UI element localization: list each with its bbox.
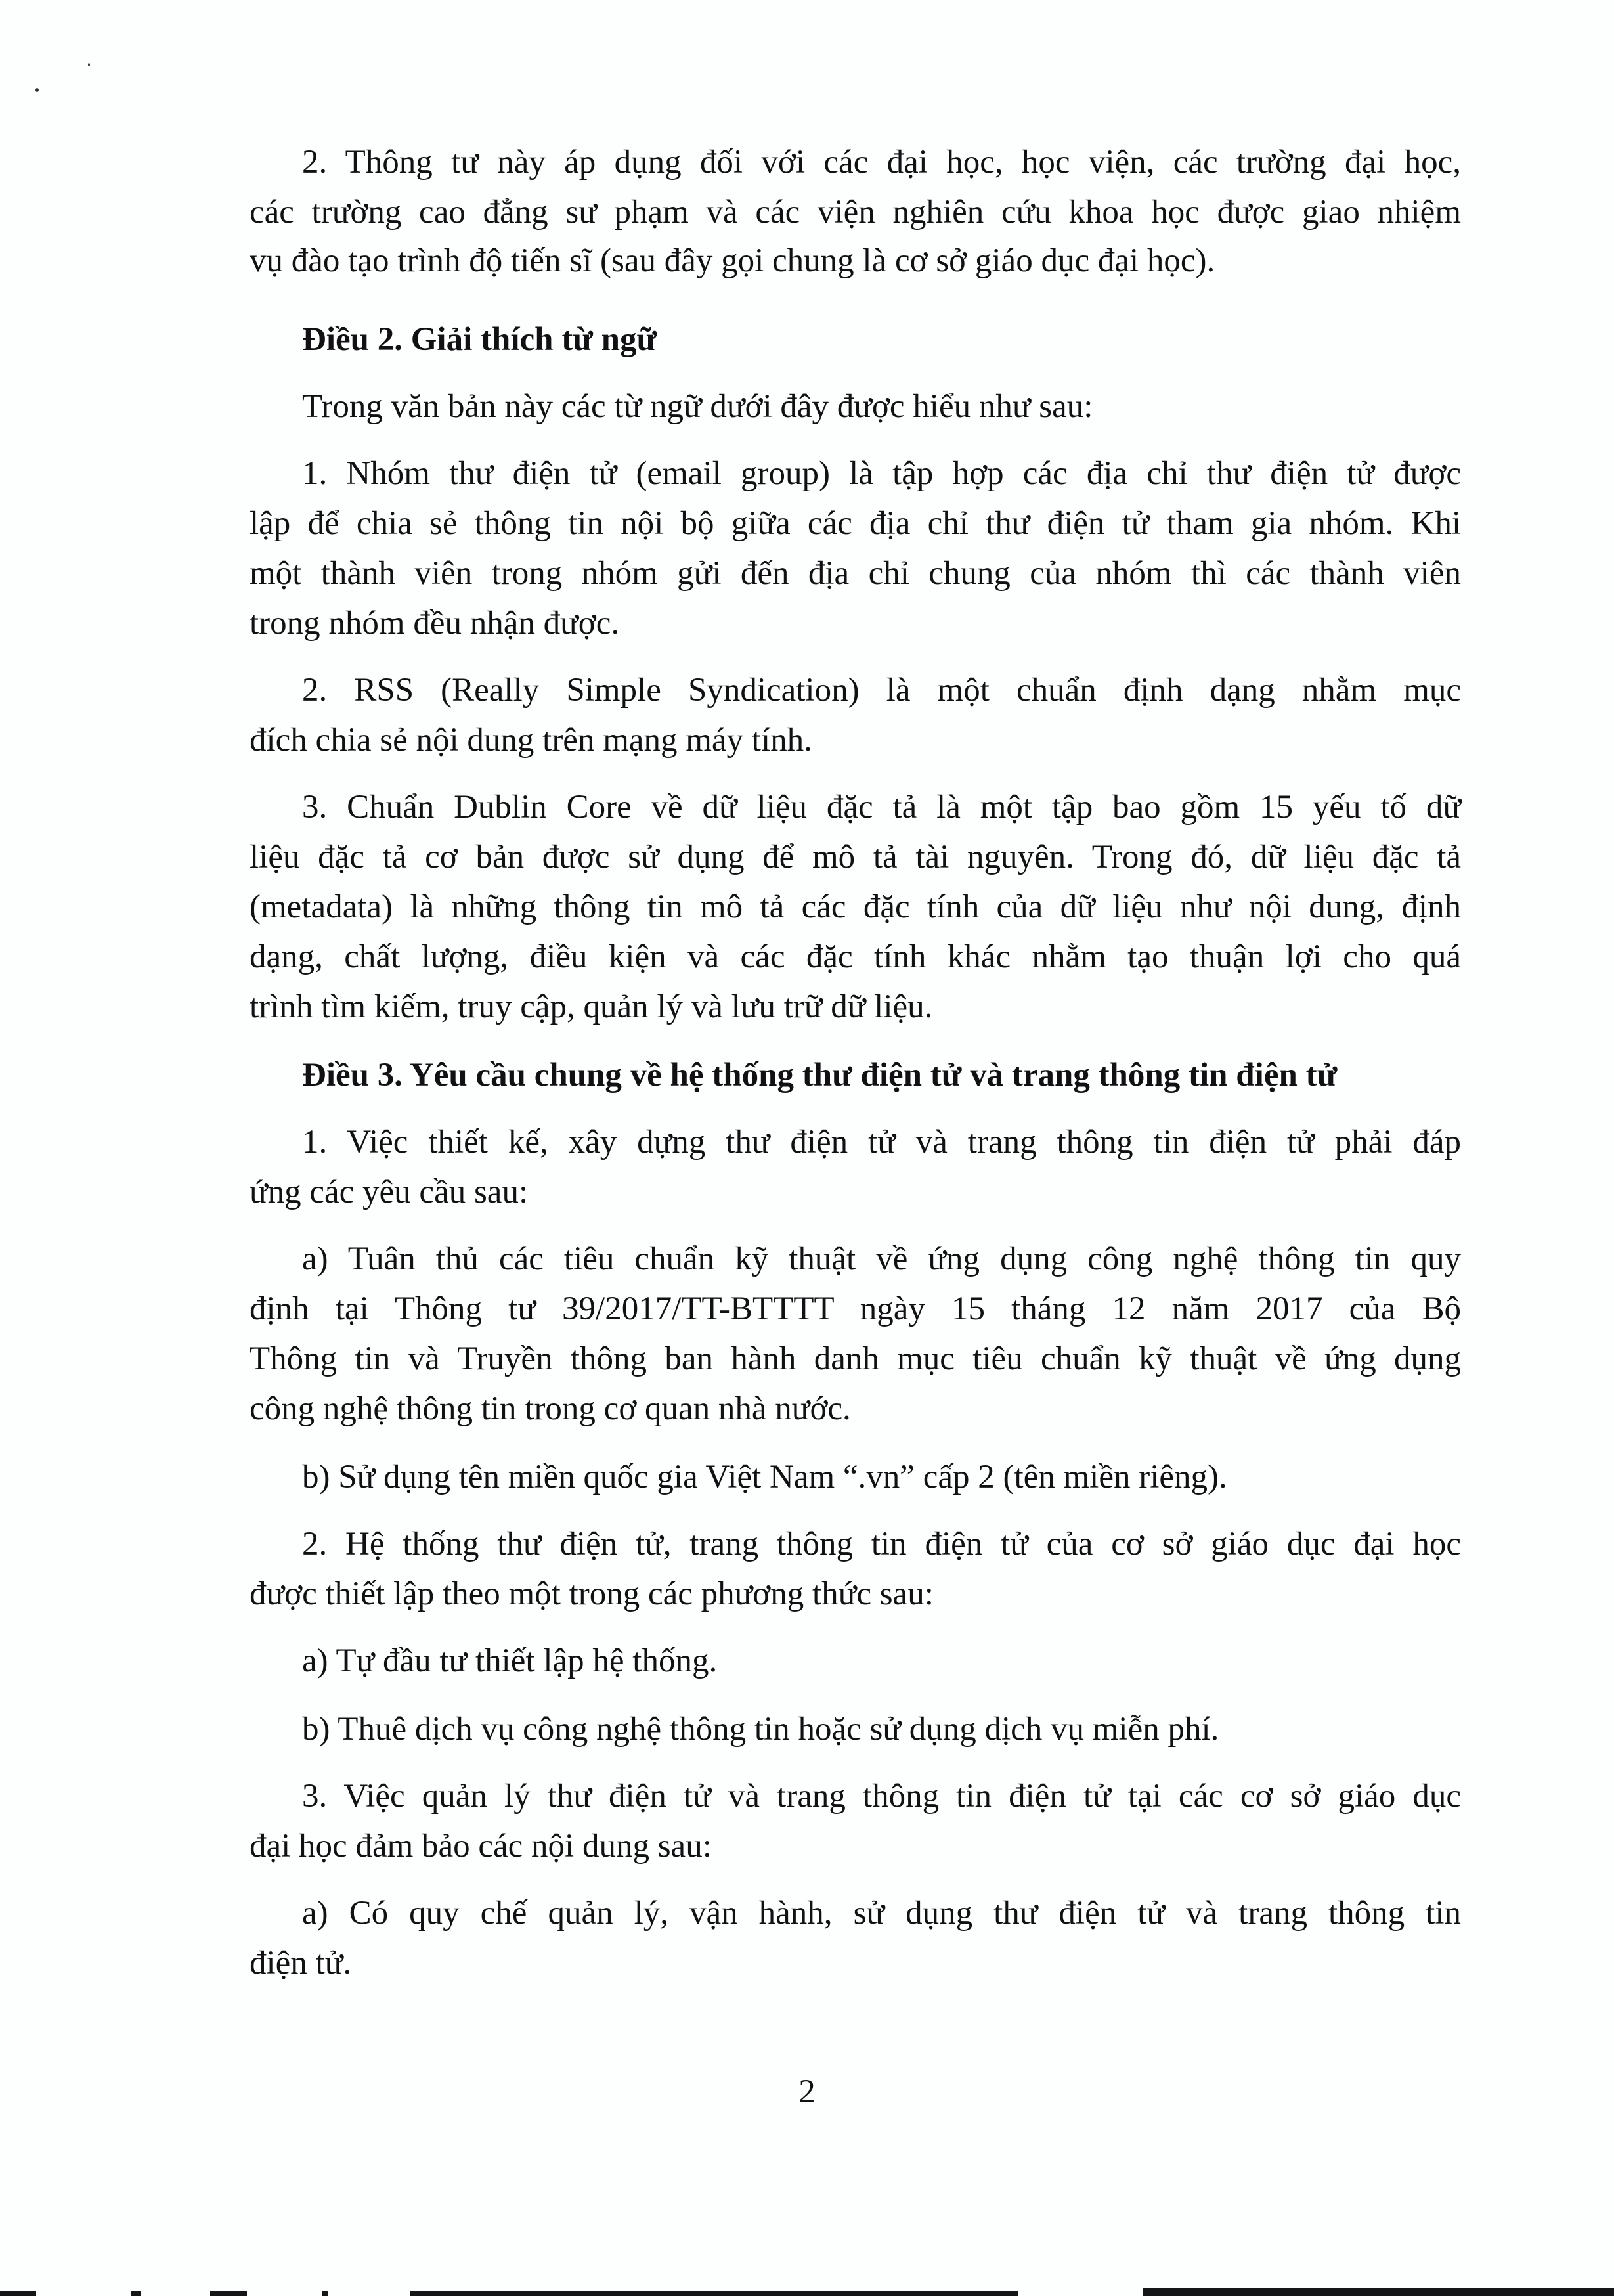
scan-speck [35,88,39,92]
paragraph-line: dạng, chất lượng, điều kiện và các đặc t… [250,934,1461,980]
paragraph-line: 1. Việc thiết kế, xây dựng thư điện tử v… [302,1119,1461,1165]
scan-edge-segment [322,2291,328,2296]
paragraph-line: Trong văn bản này các từ ngữ dưới đây đư… [302,384,1461,430]
paragraph-line: trình tìm kiếm, truy cập, quản lý và lưu… [250,984,1461,1030]
paragraph-line: các trường cao đẳng sư phạm và các viện … [250,189,1461,235]
scan-edge-segment [131,2291,141,2296]
paragraph-line: vụ đào tạo trình độ tiến sĩ (sau đây gọi… [250,238,1461,284]
paragraph-line: lập để chia sẻ thông tin nội bộ giữa các… [250,500,1461,546]
paragraph-line: điện tử. [250,1940,1461,1986]
page-number: 2 [0,2069,1614,2115]
paragraph-line: 1. Nhóm thư điện tử (email group) là tập… [302,451,1461,497]
paragraph-line: 2. RSS (Really Simple Syndication) là mộ… [302,667,1461,713]
scan-edge-segment [0,2291,36,2296]
paragraph-line: a) Có quy chế quản lý, vận hành, sử dụng… [302,1890,1461,1936]
section-heading: Điều 2. Giải thích từ ngữ [302,317,1461,363]
paragraph-line: 3. Chuẩn Dublin Core về dữ liệu đặc tả l… [302,784,1461,830]
scan-edge-segment [410,2291,1018,2296]
paragraph-line: 3. Việc quản lý thư điện tử và trang thô… [302,1773,1461,1819]
paragraph-line: một thành viên trong nhóm gửi đến địa ch… [250,550,1461,596]
paragraph-line: a) Tuân thủ các tiêu chuẩn kỹ thuật về ứ… [302,1236,1461,1282]
paragraph-line: được thiết lập theo một trong các phương… [250,1571,1461,1617]
section-heading: Điều 3. Yêu cầu chung về hệ thống thư đi… [302,1052,1461,1098]
scan-edge-segment [210,2291,247,2296]
paragraph-line: 2. Hệ thống thư điện tử, trang thông tin… [302,1521,1461,1567]
paragraph-line: công nghệ thông tin trong cơ quan nhà nư… [250,1386,1461,1432]
paragraph-line: b) Sử dụng tên miền quốc gia Việt Nam “.… [302,1454,1461,1500]
paragraph-line: định tại Thông tư 39/2017/TT-BTTTT ngày … [250,1286,1461,1332]
document-page: 2. Thông tư này áp dụng đối với các đại … [0,0,1614,2296]
paragraph-line: Thông tin và Truyền thông ban hành danh … [250,1336,1461,1382]
paragraph-line: đích chia sẻ nội dung trên mạng máy tính… [250,717,1461,763]
paragraph-line: ứng các yêu cầu sau: [250,1169,1461,1215]
paragraph-line: 2. Thông tư này áp dụng đối với các đại … [302,139,1461,185]
paragraph-line: b) Thuê dịch vụ công nghệ thông tin hoặc… [302,1706,1461,1752]
paragraph-line: liệu đặc tả cơ bản được sử dụng để mô tả… [250,834,1461,880]
paragraph-line: trong nhóm đều nhận được. [250,600,1461,646]
scan-edge-segment [1143,2288,1614,2296]
paragraph-line: (metadata) là những thông tin mô tả các … [250,884,1461,930]
scan-speck [88,63,90,66]
paragraph-line: a) Tự đầu tư thiết lập hệ thống. [302,1638,1461,1684]
paragraph-line: đại học đảm bảo các nội dung sau: [250,1823,1461,1869]
